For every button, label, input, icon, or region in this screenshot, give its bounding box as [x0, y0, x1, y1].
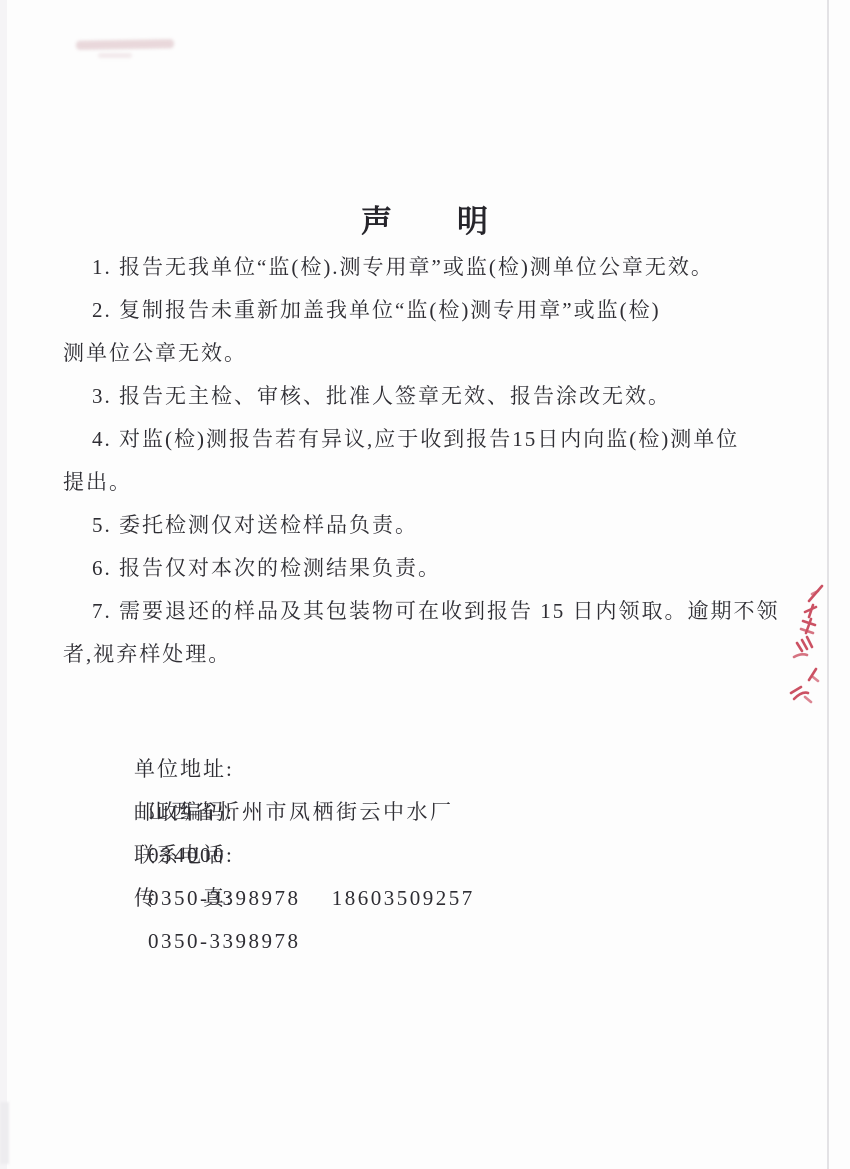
statement-line: 3. 报告无主检、审核、批准人签章无效、报告涂改无效。: [63, 375, 780, 418]
contact-label: 单位地址:: [134, 757, 234, 781]
contact-info-block: 单位地址: 山西省忻州市凤栖街云中水厂 邮政编码: 034000 联系电话: 0…: [105, 705, 475, 877]
document-title: 声 明: [0, 196, 850, 241]
statement-line: 提出。: [63, 461, 780, 504]
statement-line: 5. 委托检测仅对送检样品负责。: [63, 504, 780, 547]
scanned-document-page: 声 明 1. 报告无我单位“监(检).测专用章”或监(检)测单位公章无效。2. …: [0, 0, 850, 1169]
contact-label: 传 真:: [134, 886, 234, 910]
red-stamp-fragment: [785, 581, 830, 719]
contact-value: 0350-3398978: [148, 929, 301, 953]
statement-line: 者,视弃样处理。: [63, 633, 780, 676]
contact-row: 单位地址: 山西省忻州市凤栖街云中水厂: [105, 705, 475, 748]
statement-line: 测单位公章无效。: [63, 332, 780, 375]
scan-edge-shading: [0, 0, 7, 1169]
statement-line: 6. 报告仅对本次的检测结果负责。: [63, 547, 780, 590]
contact-label: 联系电话:: [134, 843, 234, 867]
scan-edge-speckle: [0, 1102, 9, 1164]
statement-line: 4. 对监(检)测报告若有异议,应于收到报告15日内向监(检)测单位: [63, 418, 780, 461]
ink-bleed-smudge: [98, 53, 132, 58]
statement-body: 1. 报告无我单位“监(检).测专用章”或监(检)测单位公章无效。2. 复制报告…: [63, 246, 780, 676]
ink-bleed-smudge: [76, 39, 174, 50]
contact-label: 邮政编码:: [134, 800, 234, 824]
statement-line: 7. 需要退还的样品及其包装物可在收到报告 15 日内领取。逾期不领: [63, 590, 780, 633]
statement-line: 2. 复制报告未重新加盖我单位“监(检)测专用章”或监(检): [63, 289, 780, 332]
statement-line: 1. 报告无我单位“监(检).测专用章”或监(检)测单位公章无效。: [63, 246, 780, 289]
